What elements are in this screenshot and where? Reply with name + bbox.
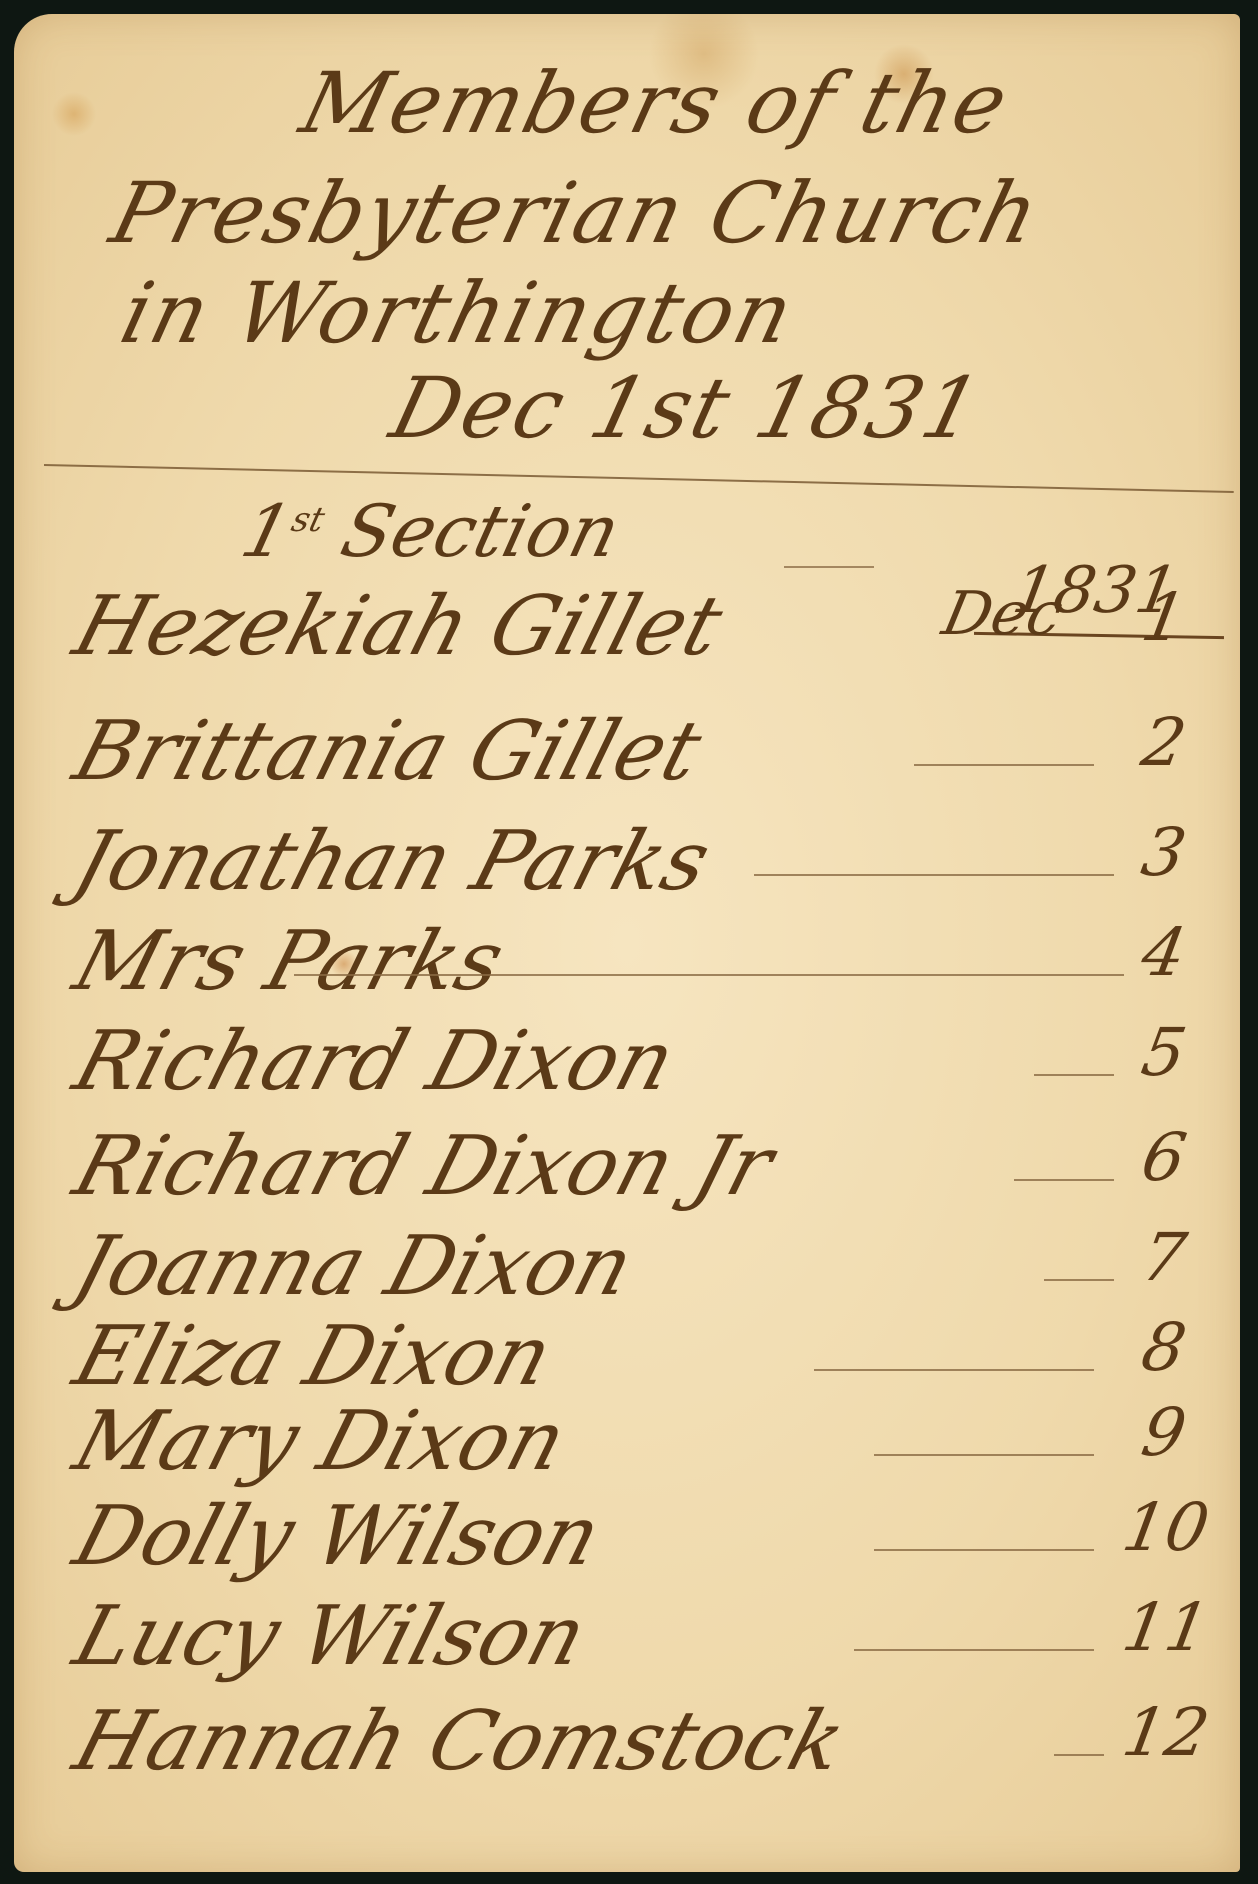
leader-line [1034,1074,1114,1076]
leader-line [1054,1754,1104,1756]
leader-line [814,1369,1094,1371]
header-divider [44,464,1234,493]
member-number: 3 [1117,814,1211,891]
title-line-1: Members of the [292,54,1019,152]
member-name: Hezekiah Gillet [64,579,732,674]
member-entry: Mary Dixon9 [14,1394,1240,1504]
member-entry: Hannah Comstock12 [14,1694,1240,1804]
leader-line [294,974,1124,976]
date-month: Dec [937,579,1069,649]
title-line-3: in Worthington [112,264,804,362]
member-entry: Richard Dixon5 [14,1014,1240,1124]
member-number: 1 [1117,579,1211,656]
leader-line [874,1454,1094,1456]
member-name: Richard Dixon [64,1014,685,1109]
member-name: Lucy Wilson [64,1589,596,1684]
leader-line [1014,1179,1114,1181]
leader-line [914,764,1094,766]
member-entry: Lucy Wilson11 [14,1589,1240,1699]
leader-line [874,1549,1094,1551]
member-number: 12 [1117,1694,1211,1771]
leader-line [1044,1279,1114,1281]
manuscript-page: Members of the Presbyterian Church in Wo… [14,14,1240,1872]
leader-line [754,874,1114,876]
member-name: Richard Dixon Jr [64,1119,783,1214]
section-trailing-dash [784,566,874,568]
member-number: 11 [1117,1589,1211,1666]
member-number: 9 [1117,1394,1211,1471]
member-number: 5 [1117,1014,1211,1091]
member-entry: Dolly Wilson10 [14,1489,1240,1599]
member-name: Joanna Dixon [64,1219,643,1314]
title-line-2: Presbyterian Church [102,164,1050,262]
member-entry: Mrs Parks4 [14,914,1240,1024]
member-number: 8 [1117,1309,1211,1386]
member-entry: Brittania Gillet2 [14,704,1240,814]
leader-line [854,1649,1094,1651]
member-name: Dolly Wilson [64,1489,611,1584]
section-heading: 1st Section [234,489,629,573]
member-number: 4 [1117,914,1211,991]
member-number: 10 [1117,1489,1211,1566]
title-date: Dec 1st 1831 [382,359,992,457]
member-name: Mary Dixon [64,1394,576,1489]
member-entry: Jonathan Parks3 [14,814,1240,924]
member-number: 2 [1117,704,1211,781]
member-name: Mrs Parks [64,914,514,1009]
member-entry: Hezekiah GilletDec1 [14,579,1240,689]
member-entry: Richard Dixon Jr6 [14,1119,1240,1229]
member-name: Eliza Dixon [64,1309,562,1404]
member-number: 7 [1117,1219,1211,1296]
member-name: Brittania Gillet [64,704,711,799]
member-number: 6 [1117,1119,1211,1196]
section-label: Section [333,489,628,573]
member-name: Jonathan Parks [64,814,720,909]
member-name: Hannah Comstock [64,1694,855,1789]
